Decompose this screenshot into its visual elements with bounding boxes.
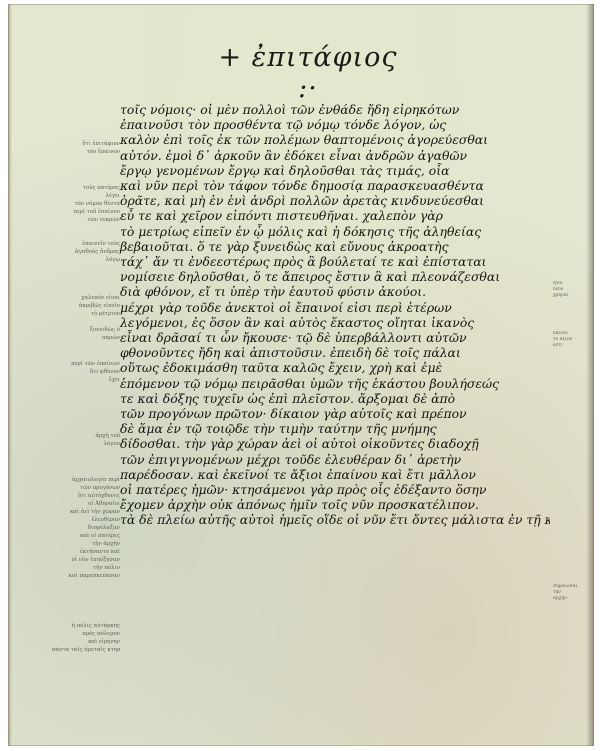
scholion-line: τὸν νόμον θέντα xyxy=(52,200,120,208)
text-line: τῶν προγόνων πρῶτον· δίκαιον γὰρ αὐτοῖς … xyxy=(120,406,550,421)
scholion-line: οἱ νῦν ἐπηύξησαν xyxy=(52,556,120,564)
scholion-line: ἀγαθοὺς ἄνδρας xyxy=(52,248,120,256)
scholion-line: καὶ οἱ πατέρες xyxy=(52,532,120,540)
scholion-line: χαλεπὸν εἶναι xyxy=(52,294,120,302)
text-line: εἶναι δρᾶσαί τι ὧν ἤκουσε· τῷ δὲ ὑπερβάλ… xyxy=(120,330,550,345)
text-line: δὲ ἅμα ἐν τῷ τοιῷδε τὴν τιμὴν ταύτην τῆς… xyxy=(120,421,550,436)
margin-note: ἐκεῖνοτὸ ἄξιονἐστι xyxy=(553,331,583,349)
text-line: ἑπόμενον τῷ νόμῳ πειρᾶσθαι ὑμῶν τῆς ἑκάσ… xyxy=(120,376,550,391)
text-line: νομίσειε δηλοῦσθαι, ὅ τε ἄπειρος ἔστιν ἃ… xyxy=(120,269,550,284)
text-line: βεβαιοῦται. ὅ τε γὰρ ξυνειδὼς καὶ εὔνους… xyxy=(120,239,550,254)
scholion-line: πρὸς πόλεμον xyxy=(52,630,120,638)
scholion-line: ἔχει xyxy=(52,376,120,384)
margin-note-line: χρῆναι xyxy=(553,293,583,299)
scholion: τοὺς πατέραςλέγειτὸν νόμον θένταπερὶ τοῦ… xyxy=(52,184,120,224)
text-line: διὰ φθόνον, εἴ τι ὑπὲρ τὴν ἑαυτοῦ φύσιν … xyxy=(120,284,550,299)
text-line: τοῖς νόμοις· οἱ μὲν πολλοὶ τῶν ἐνθάδε ἤδ… xyxy=(120,102,550,117)
scholion-line: καὶ παρεσκεύασαν xyxy=(52,572,120,580)
text-line: οὕτως ἐδοκιμάσθη ταῦτα καλῶς ἔχειν, χρὴ … xyxy=(120,360,550,375)
scholion: περὶ τῶν ἐπαίνωνὅτι φθόνονἔχει xyxy=(52,360,120,384)
scholion-line: διεφύλαξαν xyxy=(52,524,120,532)
text-line: τὰ δὲ πλείω αὐτῆς αὐτοὶ ἡμεῖς οἵδε οἱ νῦ… xyxy=(120,512,550,527)
scholion-line: τὴν ἀρχὴν xyxy=(52,540,120,548)
scholion-line: λόγου xyxy=(52,440,120,448)
scholion-line: ἡ πόλις αὐτάρκης xyxy=(52,622,120,630)
scholion-line: ὅτι ἐπιτάφιον xyxy=(52,140,120,148)
text-line: οἱ πατέρες ἡμῶν· κτησάμενοι γὰρ πρὸς οἷς… xyxy=(120,482,550,497)
scholion-line: παρών xyxy=(52,334,120,342)
scholion-line: τοὺς πατέρας xyxy=(52,184,120,192)
scholion-line: ἀκριβῶς εἰπεῖν xyxy=(52,302,120,310)
scholion-line: πάντα ταῖς ἀρεταῖς κτησάμενοι xyxy=(52,646,120,654)
scholion: ἀρχὴ τοῦλόγου xyxy=(52,432,120,448)
margin-note-line: ἀρχὴν xyxy=(553,596,583,602)
text-line: καλὸν ἐπὶ τοῖς ἐκ τῶν πολέμων θαπτομένοι… xyxy=(120,132,550,147)
scholion-line: τὸ μέτριον xyxy=(52,310,120,318)
scholion: ἐπαινεῖν τοὺςἀγαθοὺς ἄνδραςλόγῳ xyxy=(52,240,120,264)
scholion-line: λόγῳ xyxy=(52,256,120,264)
text-line: λεγόμενοι, ἐς ὅσον ἂν καὶ αὐτὸς ἕκαστος … xyxy=(120,315,550,330)
scholion-line: ὅτι φθόνον xyxy=(52,368,120,376)
margin-note-line: ἐστι xyxy=(553,343,583,349)
scholion-line: ἐπαινεῖν τοὺς xyxy=(52,240,120,248)
text-line: καὶ νῦν περὶ τὸν τάφον τόνδε δημοσίᾳ παρ… xyxy=(120,178,550,193)
scholion-line: καὶ εἰρήνην xyxy=(52,638,120,646)
text-line: ἐπαινοῦσι τὸν προσθέντα τῷ νόμῳ τόνδε λό… xyxy=(120,117,550,132)
scholion-line: περὶ τοῦ ἐπαίνου xyxy=(52,208,120,216)
scholion: ἀρχαιολογία περὶτῶν προγόνωνὅτι αὐτόχθον… xyxy=(52,476,120,580)
scholion-line: τὸν ἔπαινον xyxy=(52,148,120,156)
scholion-line: οἱ Ἀθηναῖοι xyxy=(52,500,120,508)
scholion-line: τὴν πόλιν xyxy=(52,564,120,572)
text-line: τε καὶ δόξης τυχεῖν ὡς ἐπὶ πλεῖστον. ἄρξ… xyxy=(120,391,550,406)
scholion: ξυνειδὼς ὁπαρών xyxy=(52,326,120,342)
page-edge-right xyxy=(586,4,594,746)
page-heading: + ἐπιτάφιος :· xyxy=(208,42,408,104)
text-line: τῶν ἐπιγιγνομένων μέχρι τοῦδε ἐλευθέραν … xyxy=(120,452,550,467)
main-text-block: τοῖς νόμοις· οἱ μὲν πολλοὶ τῶν ἐνθάδε ἤδ… xyxy=(120,102,550,528)
scholion: χαλεπὸν εἶναιἀκριβῶς εἰπεῖντὸ μέτριον xyxy=(52,294,120,318)
scholion-line: καὶ ἀεὶ τὴν χώραν xyxy=(52,508,120,516)
text-line: δίδοσθαι. τὴν γὰρ χώραν ἀεὶ οἱ αὐτοὶ οἰκ… xyxy=(120,436,550,451)
scholion-line: περὶ τῶν ἐπαίνων xyxy=(52,360,120,368)
scholion-line: ξυνειδὼς ὁ xyxy=(52,326,120,334)
scholion-line: ἐκτήσαντο καὶ xyxy=(52,548,120,556)
text-line: αὐτόν. ἐμοὶ δ᾽ ἀρκοῦν ἂν ἐδόκει εἶναι ἀν… xyxy=(120,148,550,163)
margin-note: ἤτοιδέονχρῆναι xyxy=(553,281,583,299)
text-line: ἔχομεν ἀρχὴν οὐκ ἀπόνως ἡμῖν τοῖς νῦν πρ… xyxy=(120,497,550,512)
text-line: παρέδοσαν. καὶ ἐκεῖνοί τε ἄξιοι ἐπαίνου … xyxy=(120,467,550,482)
scholion-line: τῶν νεκρῶν xyxy=(52,216,120,224)
scholion-line: ὅτι αὐτόχθονες xyxy=(52,492,120,500)
scholion-line: ἐλευθέραν xyxy=(52,516,120,524)
scholion: ὅτι ἐπιτάφιοντὸν ἔπαινον xyxy=(52,140,120,156)
page-edge-left xyxy=(8,4,12,746)
margin-note: σημείωσαιτὴνἀρχὴν xyxy=(553,584,583,602)
text-line: μέχρι γὰρ τοῦδε ἀνεκτοὶ οἱ ἔπαινοί εἰσι … xyxy=(120,300,550,315)
text-line: εὖ τε καὶ χεῖρον εἰπόντι πιστευθῆναι. χα… xyxy=(120,208,550,223)
text-line: φθονοῦντες ἤδη καὶ ἀπιστοῦσιν. ἐπειδὴ δὲ… xyxy=(120,345,550,360)
scholion-line: λέγει xyxy=(52,192,120,200)
text-line: ἔργῳ γενομένων ἔργῳ καὶ δηλοῦσθαι τὰς τι… xyxy=(120,163,550,178)
text-line: τάχ᾽ ἄν τι ἐνδεεστέρως πρὸς ἃ βούλεταί τ… xyxy=(120,254,550,269)
scholion: ἡ πόλις αὐτάρκηςπρὸς πόλεμονκαὶ εἰρήνηνπ… xyxy=(52,622,120,654)
manuscript-page: + ἐπιτάφιος :· τοῖς νόμοις· οἱ μὲν πολλο… xyxy=(8,4,594,746)
scholion-line: ἀρχαιολογία περὶ xyxy=(52,476,120,484)
scholion-line: ἀρχὴ τοῦ xyxy=(52,432,120,440)
text-line: ὁρᾶτε, καὶ μὴ ἐν ἑνὶ ἀνδρὶ πολλῶν ἀρετὰς… xyxy=(120,193,550,208)
scholion-line: τῶν προγόνων xyxy=(52,484,120,492)
text-line: τὸ μετρίως εἰπεῖν ἐν ᾧ μόλις καὶ ἡ δόκησ… xyxy=(120,224,550,239)
